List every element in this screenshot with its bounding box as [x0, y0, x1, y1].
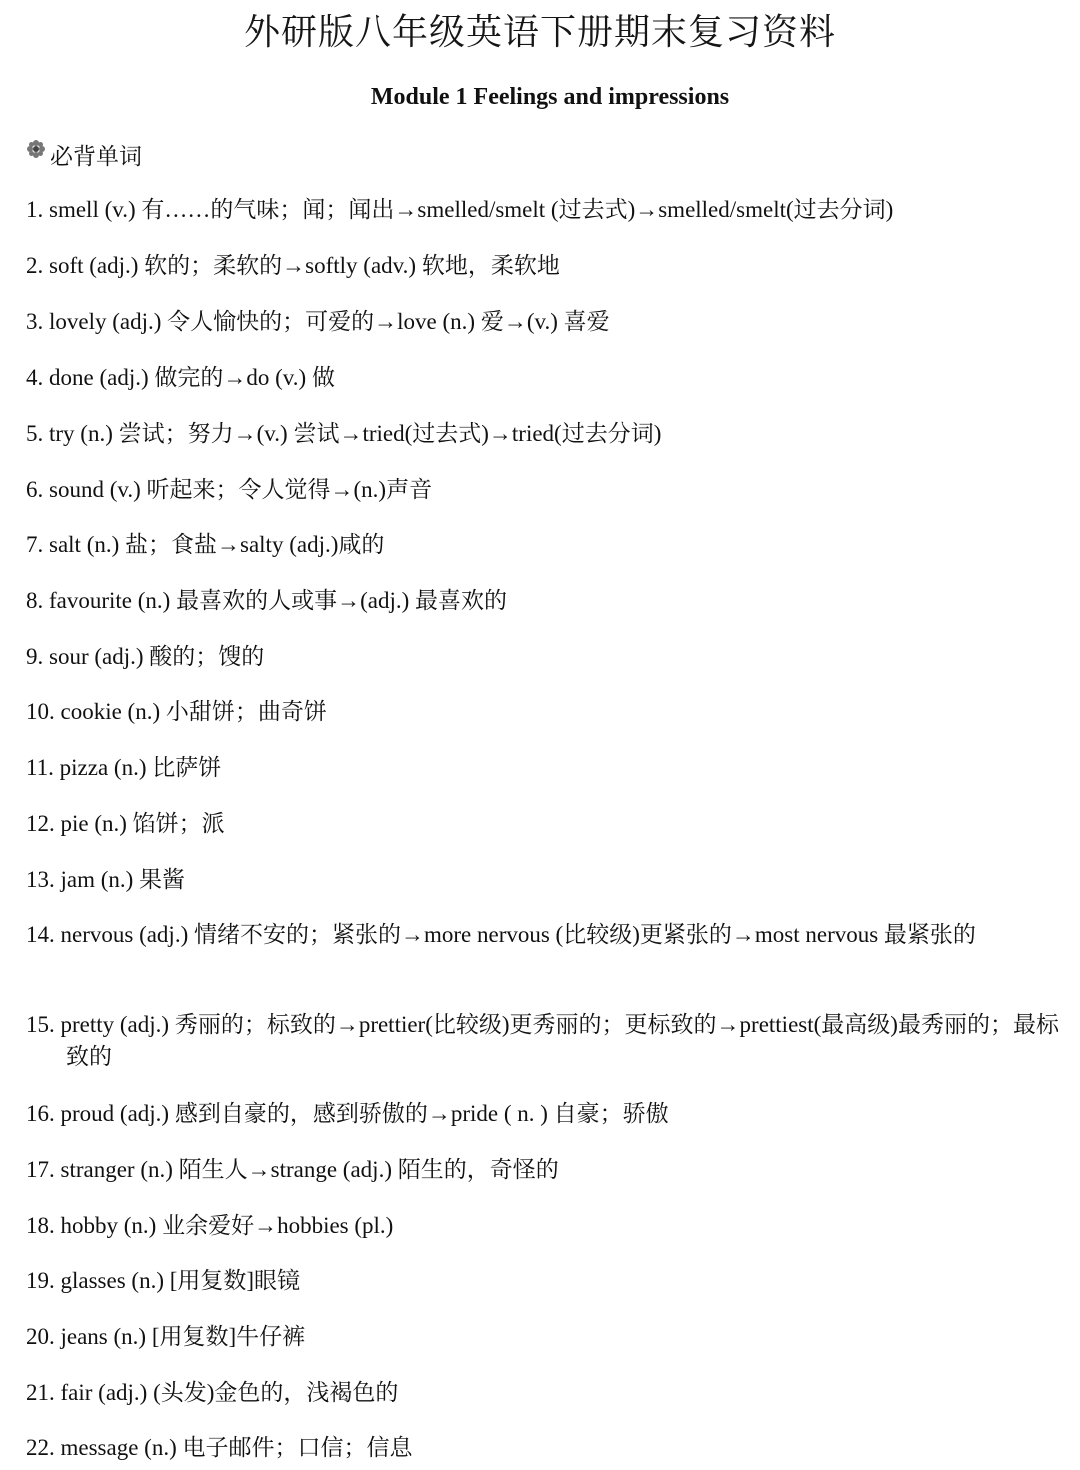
section-heading: 必背单词 — [50, 138, 142, 171]
vocab-item-11: 11. pizza (n.) 比萨饼 — [26, 752, 1076, 784]
vocab-item-4: 4. done (adj.) 做完的→do (v.) 做 — [26, 362, 1076, 394]
vocab-item-1: 1. smell (v.) 有……的气味；闻；闻出→smelled/smelt … — [26, 194, 1076, 226]
vocab-item-2: 2. soft (adj.) 软的；柔软的→softly (adv.) 软地，柔… — [26, 250, 1076, 282]
vocab-item-5: 5. try (n.) 尝试；努力→(v.) 尝试→tried(过去式)→tri… — [26, 418, 1076, 450]
flower-bullet-icon — [26, 139, 46, 159]
vocab-item-6: 6. sound (v.) 听起来；令人觉得→(n.)声音 — [26, 474, 1076, 506]
vocab-item-10: 10. cookie (n.) 小甜饼；曲奇饼 — [26, 696, 1076, 728]
vocab-item-14: 14. nervous (adj.) 情绪不安的；紧张的→more nervou… — [26, 919, 1076, 951]
vocab-item-17: 17. stranger (n.) 陌生人→strange (adj.) 陌生的… — [26, 1154, 1076, 1186]
vocab-item-19: 19. glasses (n.) [用复数]眼镜 — [26, 1265, 1076, 1297]
vocab-item-7: 7. salt (n.) 盐；食盐→salty (adj.)咸的 — [26, 529, 1076, 561]
module-heading: Module 1 Feelings and impressions — [0, 84, 1080, 111]
vocab-item-22: 22. message (n.) 电子邮件；口信；信息 — [26, 1432, 1076, 1464]
vocab-item-9: 9. sour (adj.) 酸的；馊的 — [26, 641, 1076, 673]
document-title: 外研版八年级英语下册期末复习资料 — [0, 4, 1080, 55]
vocab-item-12: 12. pie (n.) 馅饼；派 — [26, 808, 1076, 840]
vocab-item-3: 3. lovely (adj.) 令人愉快的；可爱的→love (n.) 爱→(… — [26, 306, 1076, 338]
vocab-item-18: 18. hobby (n.) 业余爱好→hobbies (pl.) — [26, 1210, 1076, 1242]
vocab-item-16: 16. proud (adj.) 感到自豪的，感到骄傲的→pride ( n. … — [26, 1098, 1076, 1130]
section-heading-row: 必背单词 — [26, 138, 142, 171]
vocab-item-20: 20. jeans (n.) [用复数]牛仔裤 — [26, 1321, 1076, 1353]
vocab-item-15: 15. pretty (adj.) 秀丽的；标致的→prettier(比较级)更… — [26, 1009, 1076, 1073]
vocab-item-21: 21. fair (adj.) (头发)金色的，浅褐色的 — [26, 1377, 1076, 1409]
vocab-item-8: 8. favourite (n.) 最喜欢的人或事→(adj.) 最喜欢的 — [26, 585, 1076, 617]
vocab-item-13: 13. jam (n.) 果酱 — [26, 864, 1076, 896]
